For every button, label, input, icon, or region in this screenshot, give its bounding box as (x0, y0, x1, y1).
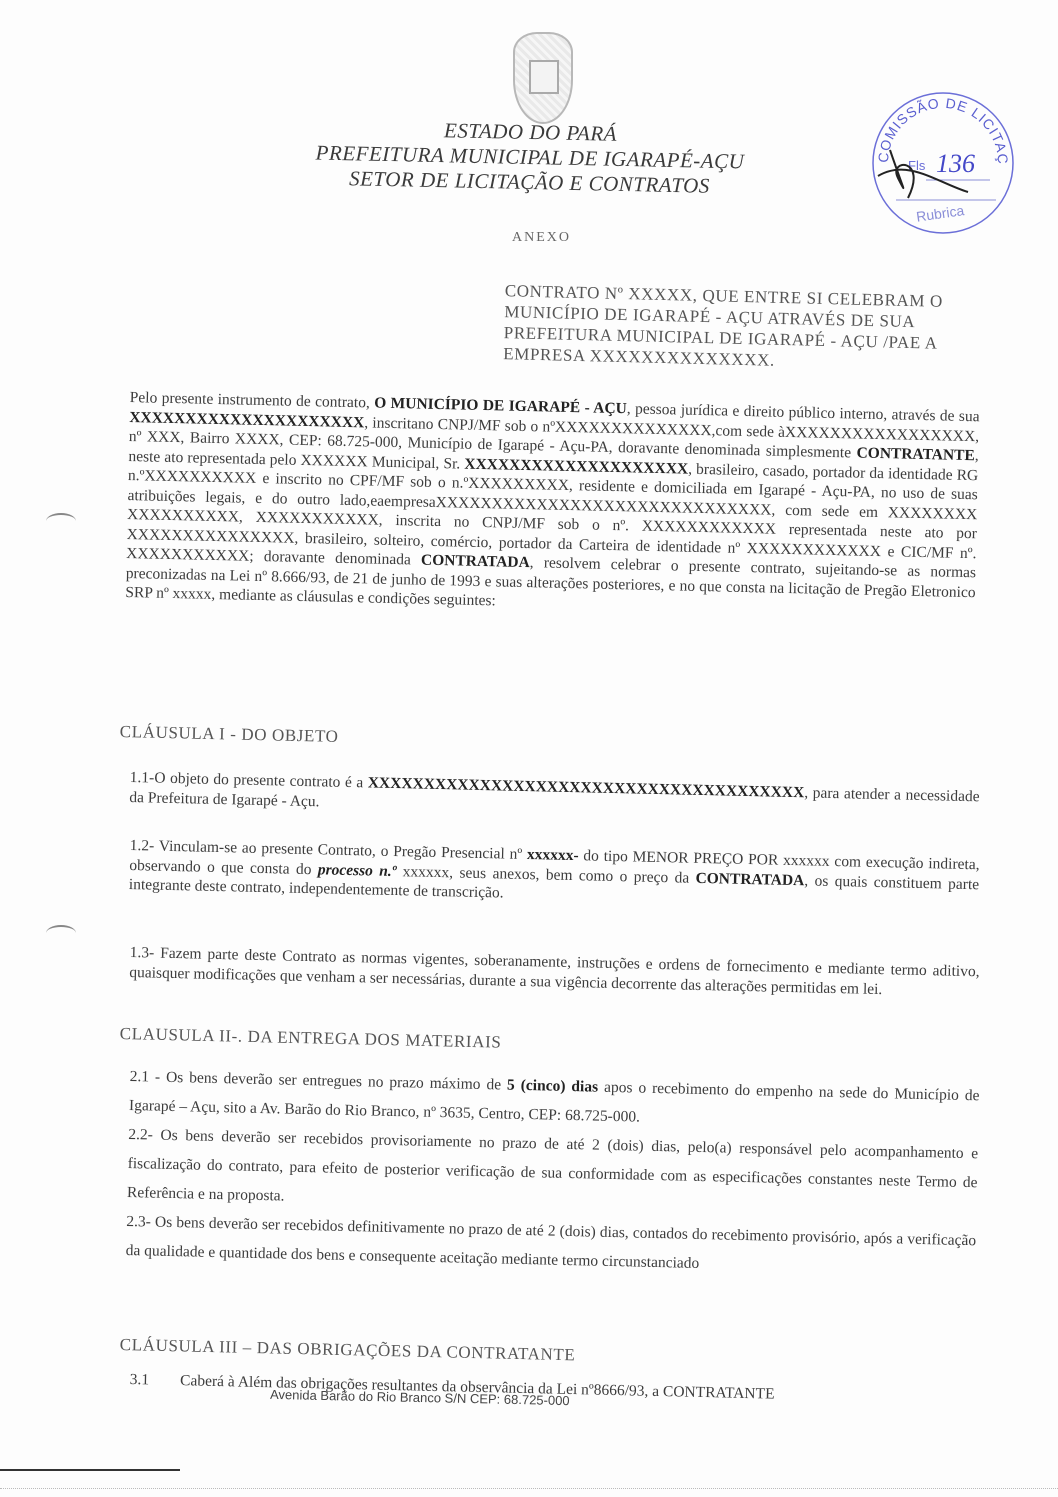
clause-3-heading: CLÁUSULA III – DAS OBRIGAÇÕES DA CONTRAT… (120, 1335, 576, 1365)
coat-of-arms-icon (513, 32, 573, 124)
punch-hole-icon (46, 925, 76, 941)
contract-title: CONTRATO Nº XXXXX, QUE ENTRE SI CELEBRAM… (503, 280, 985, 376)
clause-1-3: 1.3- Fazem parte deste Contrato as norma… (129, 943, 980, 1001)
svg-text:136: 136 (936, 149, 975, 178)
clause-1-1: 1.1-O objeto do presente contrato é a XX… (129, 768, 980, 826)
clause-2-items: 2.1 - Os bens deverão ser entregues no p… (125, 1062, 979, 1284)
annex-label: ANEXO (512, 230, 571, 246)
punch-hole-icon (46, 513, 76, 529)
preamble-paragraph: Pelo presente instrumento de contrato, O… (125, 388, 980, 622)
clause-2-heading: CLAUSULA II-. DA ENTREGA DOS MATERIAIS (120, 1024, 502, 1053)
page-edge-divider (0, 1488, 1058, 1489)
clause-1-2: 1.2- Vinculam-se ao presente Contrato, o… (129, 836, 980, 914)
document-page: ESTADO DO PARÁ PREFEITURA MUNICIPAL DE I… (0, 0, 1058, 1497)
scan-edge-mark (0, 1469, 180, 1471)
letterhead: ESTADO DO PARÁ PREFEITURA MUNICIPAL DE I… (299, 115, 760, 200)
commission-stamp-icon: COMISSÃO DE LICITAÇÃO Fls 136 Rubrica (868, 88, 1018, 238)
clause-1-heading: CLÁUSULA I - DO OBJETO (120, 722, 339, 747)
svg-text:Rubrica: Rubrica (915, 202, 965, 225)
